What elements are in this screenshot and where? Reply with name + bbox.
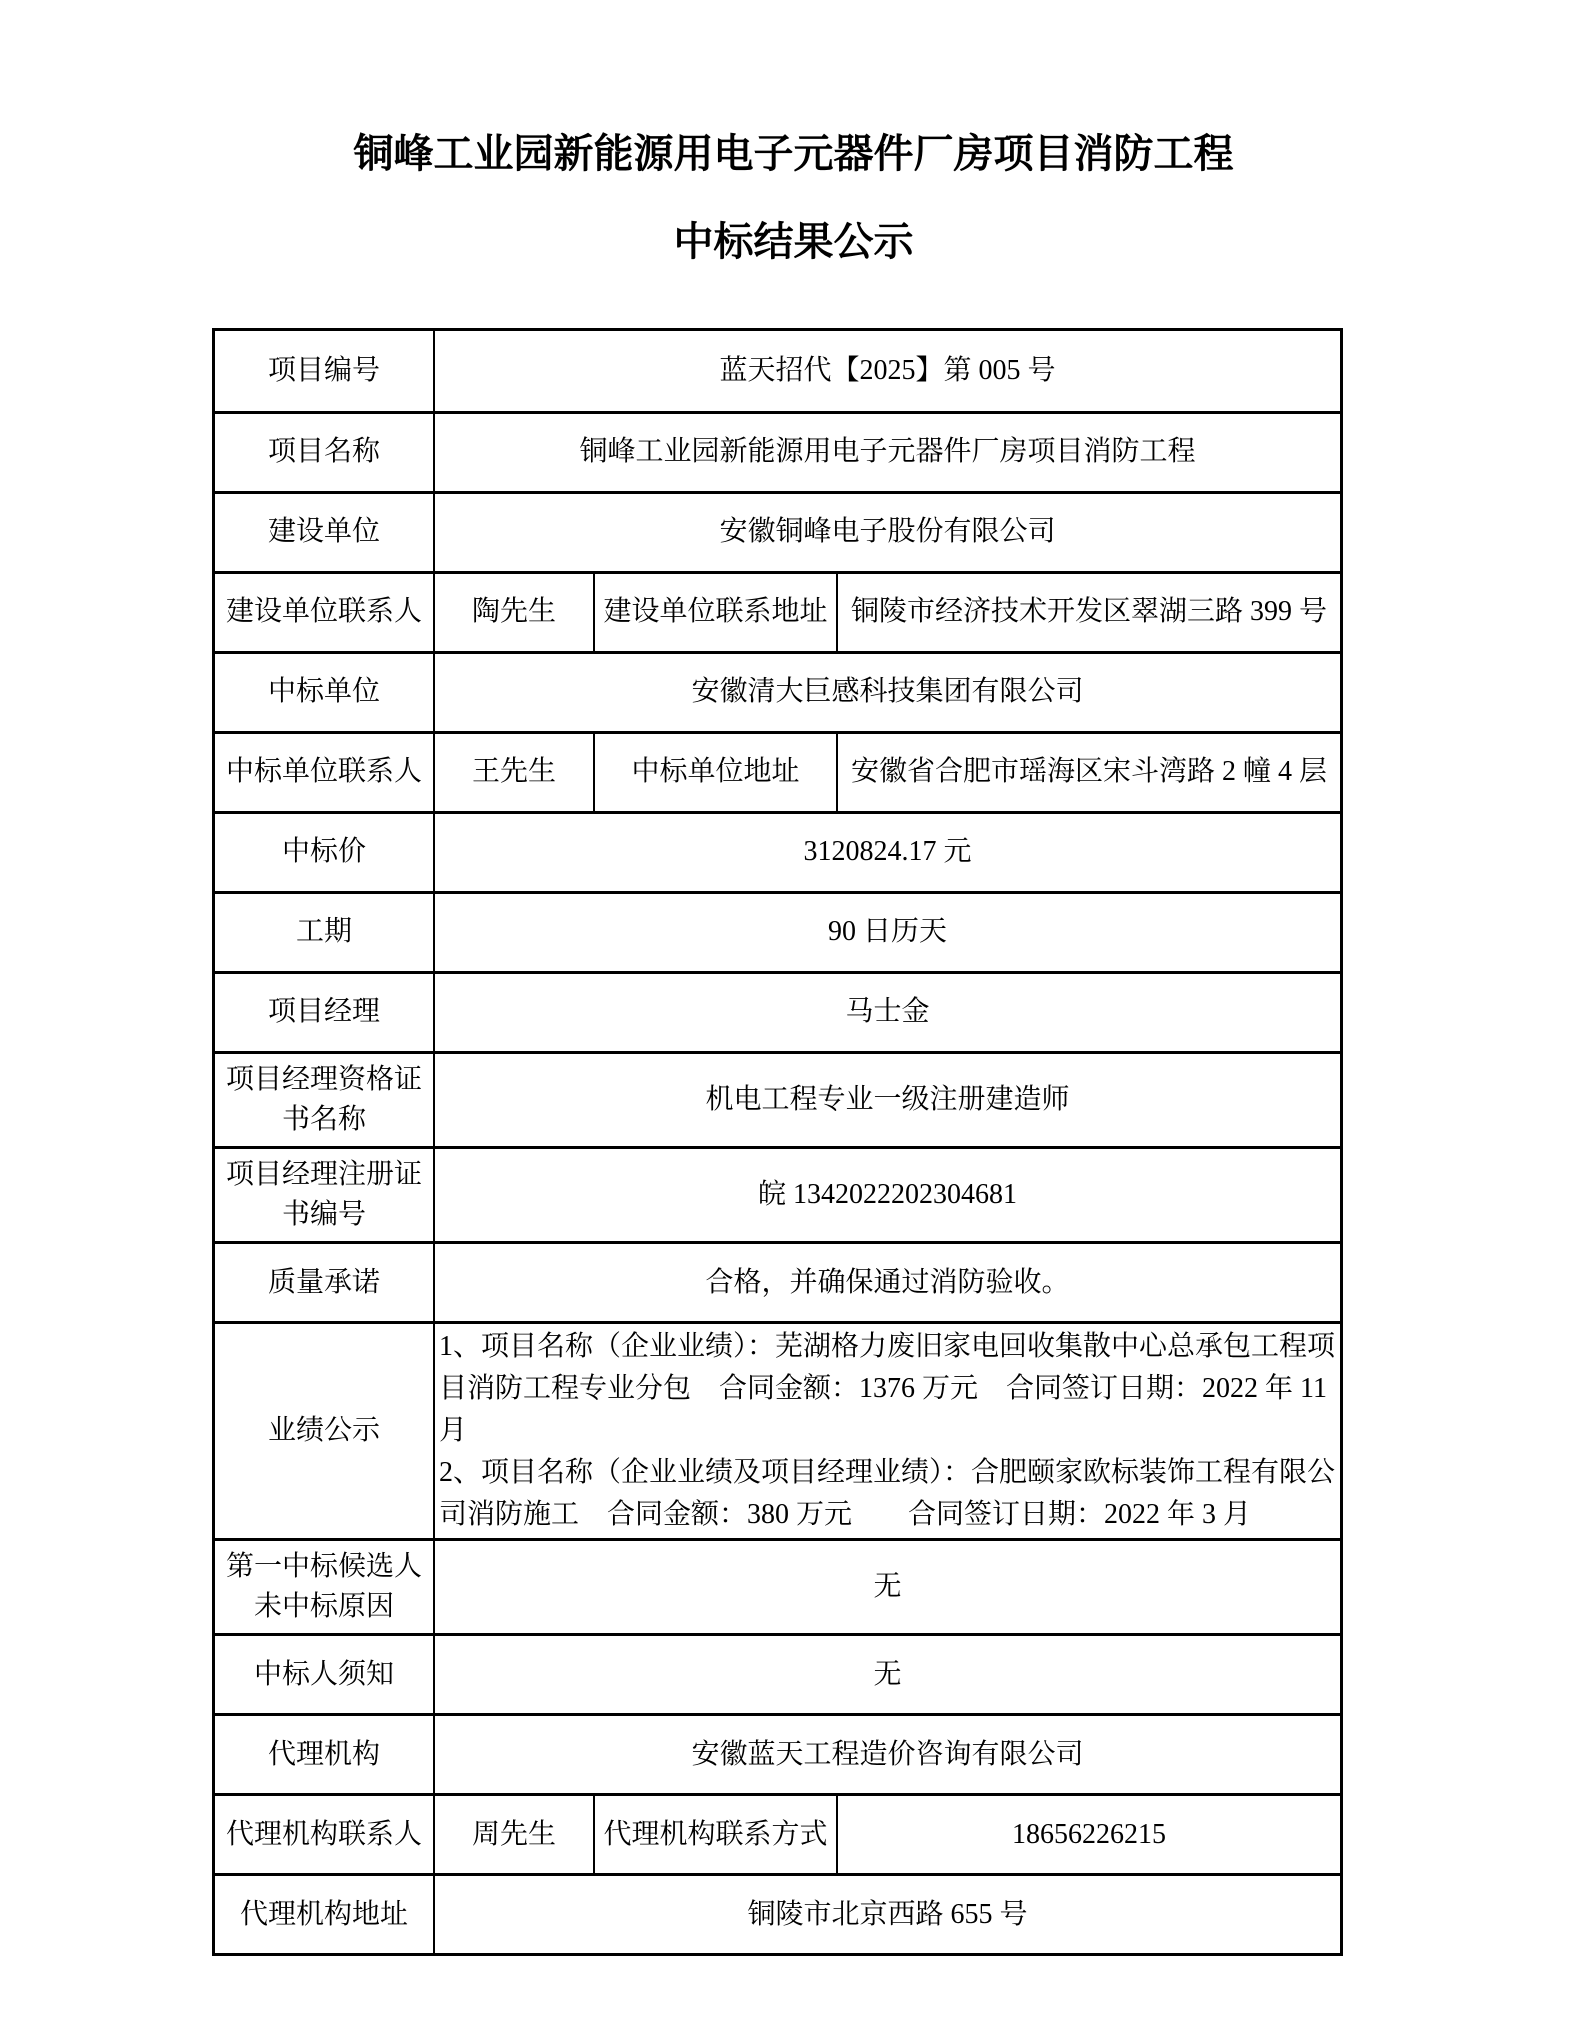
- table-row-bidder-notice: 中标人须知 无: [215, 1633, 1340, 1713]
- table-row-duration: 工期 90 日历天: [215, 891, 1340, 971]
- row-value: 90 日历天: [433, 894, 1340, 971]
- row-label-secondary: 建设单位联系地址: [593, 574, 836, 651]
- row-label: 项目经理: [215, 974, 433, 1051]
- table-row-first-candidate-reason: 第一中标候选人未中标原因 无: [215, 1538, 1340, 1633]
- row-label-secondary: 代理机构联系方式: [593, 1796, 836, 1873]
- table-row-project-number: 项目编号 蓝天招代【2025】第 005 号: [215, 331, 1340, 411]
- performance-line: 司消防施工 合同金额：380 万元 合同签订日期：2022 年 3 月: [439, 1494, 1336, 1536]
- row-value: 3120824.17 元: [433, 814, 1340, 891]
- row-label: 第一中标候选人未中标原因: [215, 1541, 433, 1633]
- performance-line: 1、项目名称（企业业绩）：芜湖格力废旧家电回收集散中心总承包工程项: [439, 1326, 1336, 1368]
- row-label: 中标价: [215, 814, 433, 891]
- row-value: 无: [433, 1541, 1340, 1633]
- row-label: 代理机构联系人: [215, 1796, 433, 1873]
- row-value: 安徽蓝天工程造价咨询有限公司: [433, 1716, 1340, 1793]
- row-value: 机电工程专业一级注册建造师: [433, 1054, 1340, 1146]
- table-row-owner-unit: 建设单位 安徽铜峰电子股份有限公司: [215, 491, 1340, 571]
- table-row-manager-certificate-number: 项目经理注册证书编号 皖 1342022202304681: [215, 1146, 1340, 1241]
- row-value: 马士金: [433, 974, 1340, 1051]
- row-value-secondary: 安徽省合肥市瑶海区宋斗湾路 2 幢 4 层: [836, 734, 1340, 811]
- row-value: 安徽铜峰电子股份有限公司: [433, 494, 1340, 571]
- table-row-project-manager: 项目经理 马士金: [215, 971, 1340, 1051]
- row-label: 代理机构地址: [215, 1876, 433, 1953]
- row-label: 代理机构: [215, 1716, 433, 1793]
- row-value: 铜陵市北京西路 655 号: [433, 1876, 1340, 1953]
- row-value: 皖 1342022202304681: [433, 1149, 1340, 1241]
- row-label: 中标单位: [215, 654, 433, 731]
- row-label: 质量承诺: [215, 1244, 433, 1321]
- row-label: 项目编号: [215, 331, 433, 411]
- document-subtitle: 中标结果公示: [0, 174, 1587, 262]
- row-value-secondary: 18656226215: [836, 1796, 1340, 1873]
- table-row-manager-certificate-name: 项目经理资格证书名称 机电工程专业一级注册建造师: [215, 1051, 1340, 1146]
- row-label: 建设单位: [215, 494, 433, 571]
- row-label: 项目经理注册证书编号: [215, 1149, 433, 1241]
- table-row-agency-contact: 代理机构联系人 周先生 代理机构联系方式 18656226215: [215, 1793, 1340, 1873]
- row-value: 合格，并确保通过消防验收。: [433, 1244, 1340, 1321]
- row-label: 中标人须知: [215, 1636, 433, 1713]
- row-value: 安徽清大巨感科技集团有限公司: [433, 654, 1340, 731]
- row-label: 中标单位联系人: [215, 734, 433, 811]
- row-label: 项目经理资格证书名称: [215, 1054, 433, 1146]
- row-label: 工期: [215, 894, 433, 971]
- row-label: 业绩公示: [215, 1324, 433, 1538]
- table-row-project-name: 项目名称 铜峰工业园新能源用电子元器件厂房项目消防工程: [215, 411, 1340, 491]
- table-row-owner-contact: 建设单位联系人 陶先生 建设单位联系地址 铜陵市经济技术开发区翠湖三路 399 …: [215, 571, 1340, 651]
- row-value: 1、项目名称（企业业绩）：芜湖格力废旧家电回收集散中心总承包工程项 目消防工程专…: [433, 1324, 1340, 1538]
- row-value: 王先生: [433, 734, 593, 811]
- performance-line: 目消防工程专业分包 合同金额：1376 万元 合同签订日期：2022 年 11 …: [439, 1368, 1336, 1452]
- performance-line: 2、项目名称（企业业绩及项目经理业绩）：合肥颐家欧标装饰工程有限公: [439, 1452, 1336, 1494]
- table-row-bid-price: 中标价 3120824.17 元: [215, 811, 1340, 891]
- row-value: 铜峰工业园新能源用电子元器件厂房项目消防工程: [433, 414, 1340, 491]
- table-row-agency-address: 代理机构地址 铜陵市北京西路 655 号: [215, 1873, 1340, 1953]
- row-value: 陶先生: [433, 574, 593, 651]
- table-row-performance-publicity: 业绩公示 1、项目名称（企业业绩）：芜湖格力废旧家电回收集散中心总承包工程项 目…: [215, 1321, 1340, 1538]
- row-label: 建设单位联系人: [215, 574, 433, 651]
- row-value-secondary: 铜陵市经济技术开发区翠湖三路 399 号: [836, 574, 1340, 651]
- bid-result-table: 项目编号 蓝天招代【2025】第 005 号 项目名称 铜峰工业园新能源用电子元…: [212, 328, 1343, 1956]
- table-row-agency: 代理机构 安徽蓝天工程造价咨询有限公司: [215, 1713, 1340, 1793]
- table-row-quality-commitment: 质量承诺 合格，并确保通过消防验收。: [215, 1241, 1340, 1321]
- row-value: 无: [433, 1636, 1340, 1713]
- row-value: 周先生: [433, 1796, 593, 1873]
- table-row-winning-bidder: 中标单位 安徽清大巨感科技集团有限公司: [215, 651, 1340, 731]
- table-row-bidder-contact: 中标单位联系人 王先生 中标单位地址 安徽省合肥市瑶海区宋斗湾路 2 幢 4 层: [215, 731, 1340, 811]
- row-label-secondary: 中标单位地址: [593, 734, 836, 811]
- document-title: 铜峰工业园新能源用电子元器件厂房项目消防工程: [0, 0, 1587, 174]
- row-label: 项目名称: [215, 414, 433, 491]
- row-value: 蓝天招代【2025】第 005 号: [433, 331, 1340, 411]
